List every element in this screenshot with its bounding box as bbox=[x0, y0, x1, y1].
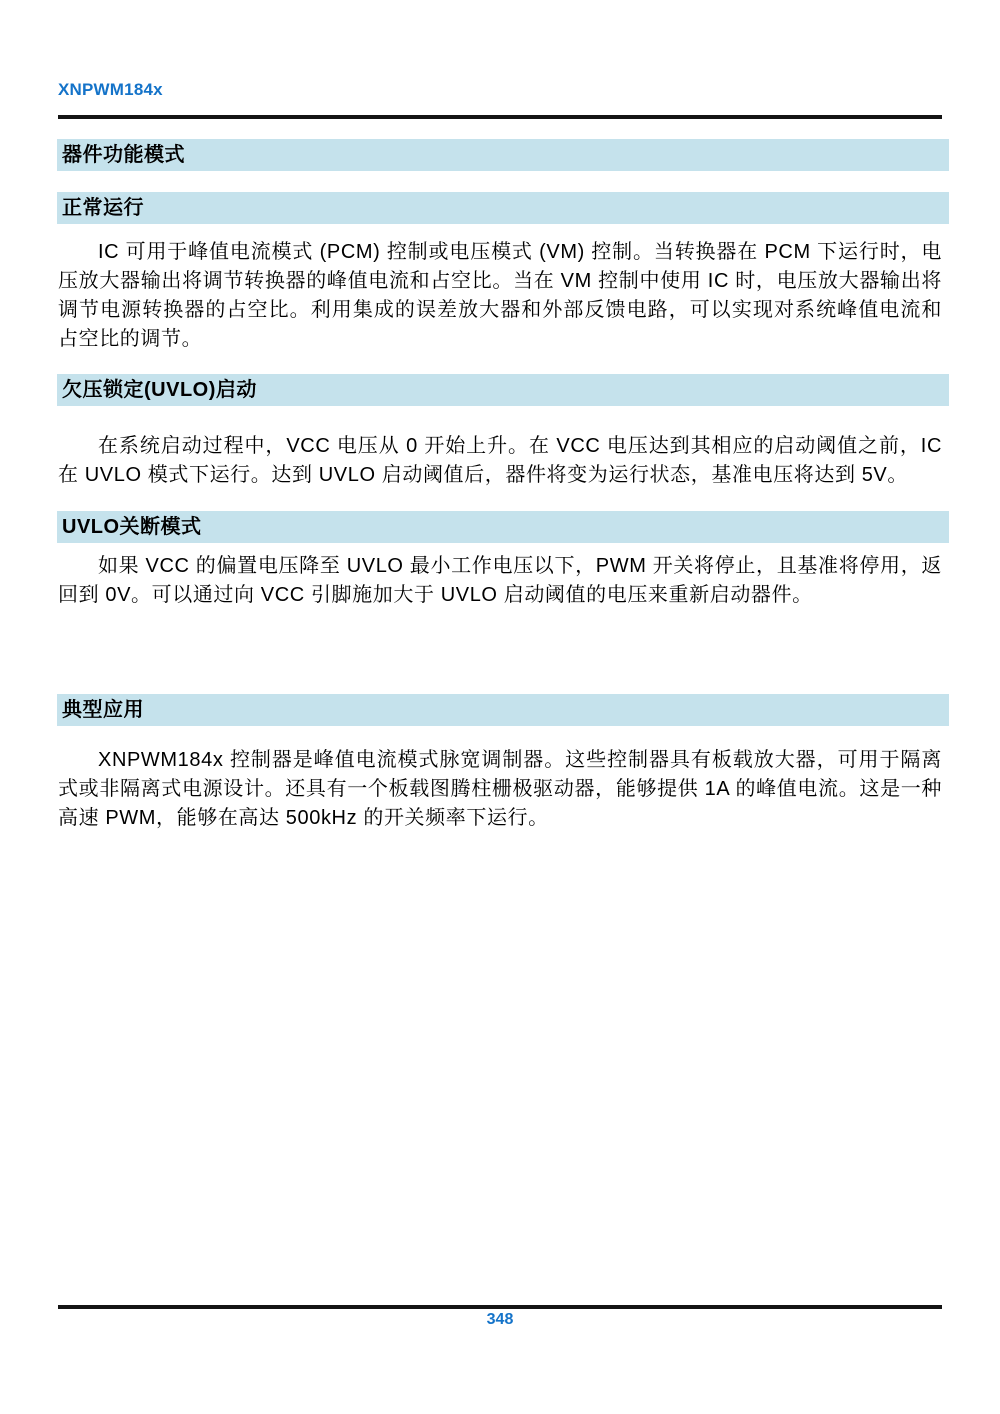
page-footer: 348 bbox=[58, 1305, 942, 1329]
document-page: XNPWM184x 器件功能模式 正常运行 IC 可用于峰值电流模式 (PCM)… bbox=[0, 0, 1000, 1414]
section-heading-bar-normal-operation: 正常运行 bbox=[57, 192, 949, 224]
page-number: 348 bbox=[58, 1311, 942, 1329]
section-heading-label: UVLO关断模式 bbox=[62, 517, 202, 537]
body-paragraph-uvlo-startup: 在系统启动过程中，VCC 电压从 0 开始上升。在 VCC 电压达到其相应的启动… bbox=[58, 432, 942, 490]
section-heading-bar-typical-application: 典型应用 bbox=[57, 694, 949, 726]
body-paragraph-normal-operation: IC 可用于峰值电流模式 (PCM) 控制或电压模式 (VM) 控制。当转换器在… bbox=[58, 238, 942, 354]
section-heading-label: 正常运行 bbox=[62, 198, 144, 218]
part-number-title: XNPWM184x bbox=[58, 80, 942, 100]
body-paragraph-typical-application: XNPWM184x 控制器是峰值电流模式脉宽调制器。这些控制器具有板载放大器，可… bbox=[58, 746, 942, 833]
section-heading-label: 典型应用 bbox=[62, 700, 144, 720]
footer-rule bbox=[58, 1305, 942, 1309]
section-heading-label: 欠压锁定(UVLO)启动 bbox=[62, 380, 257, 400]
section-heading-bar-device-functional-modes: 器件功能模式 bbox=[57, 139, 949, 171]
section-heading-bar-uvlo-startup: 欠压锁定(UVLO)启动 bbox=[57, 374, 949, 406]
body-paragraph-uvlo-shutdown: 如果 VCC 的偏置电压降至 UVLO 最小工作电压以下，PWM 开关将停止，且… bbox=[58, 552, 942, 610]
header-rule bbox=[58, 115, 942, 119]
section-heading-label: 器件功能模式 bbox=[62, 145, 185, 165]
section-heading-bar-uvlo-shutdown: UVLO关断模式 bbox=[57, 511, 949, 543]
